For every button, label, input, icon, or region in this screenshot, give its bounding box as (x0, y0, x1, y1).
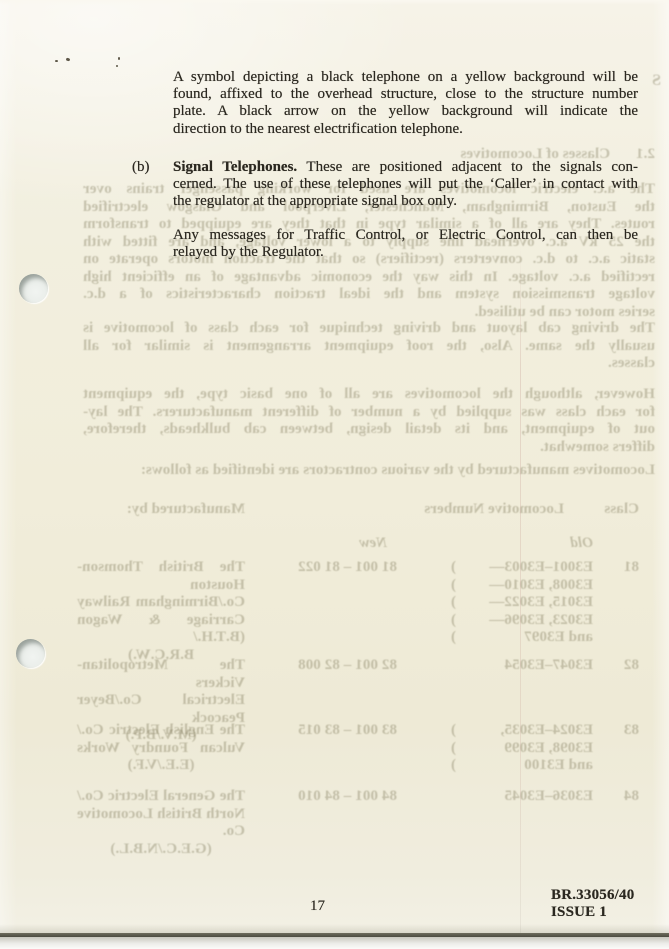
ink-speck (118, 57, 120, 60)
page-edge-shadow (0, 924, 669, 933)
paper-crease (520, 245, 521, 935)
paragraph-signal-telephones: Signal Telephones. These are positioned … (173, 159, 638, 211)
page-number: 17 (310, 898, 325, 915)
hole-punch-bottom (16, 639, 45, 668)
scanned-document-page: S 2.1 Classes of Locomotives The a.c. el… (0, 0, 669, 949)
signal-telephones-lead: Signal Telephones. (173, 159, 297, 175)
item-b-label: (b) (132, 159, 150, 176)
ink-speck (116, 65, 118, 67)
hole-punch-top (19, 274, 48, 303)
page-edge-top (0, 0, 669, 5)
paragraph-traffic-control: Any messages for Traffic Control, or Ele… (173, 227, 638, 261)
document-reference: BR.33056/40 ISSUE 1 (551, 887, 634, 921)
scanner-background (0, 937, 669, 949)
paragraph-symbol-telephone: A symbol depicting a black telephone on … (173, 69, 638, 138)
ink-speck (55, 60, 58, 62)
doc-ref-issue: ISSUE 1 (551, 904, 634, 921)
front-text-layer: A symbol depicting a black telephone on … (0, 0, 669, 949)
doc-ref-number: BR.33056/40 (551, 887, 634, 904)
